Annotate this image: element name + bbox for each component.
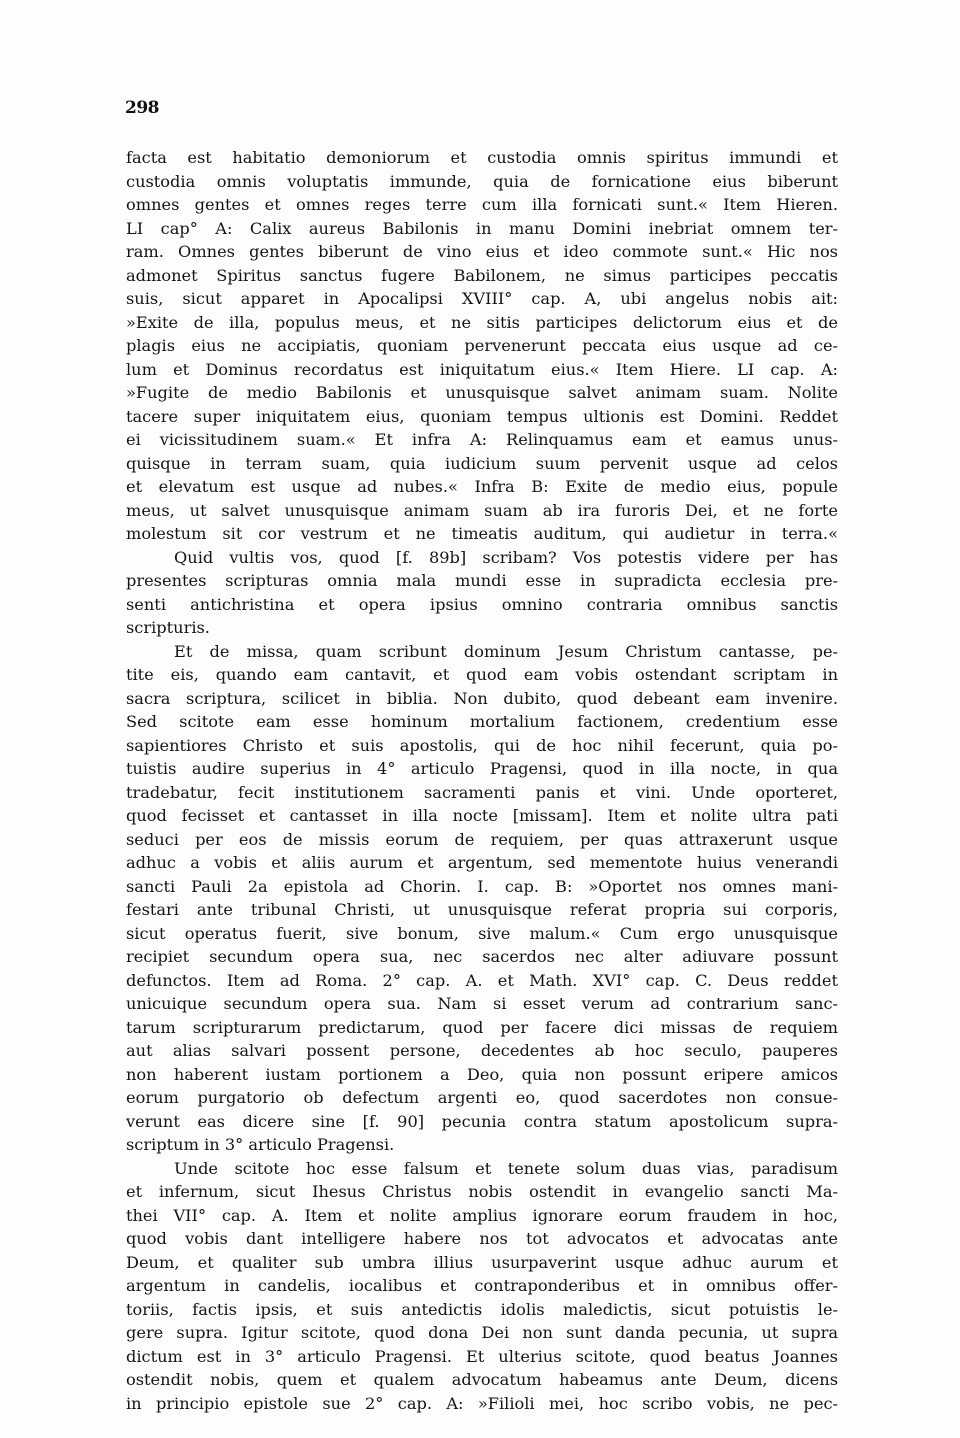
- text-line: unicuique secundum opera sua. Nam si ess…: [126, 992, 838, 1016]
- text-line: ram. Omnes gentes biberunt de vino eius …: [126, 240, 838, 264]
- text-line: non haberent iustam portionem a Deo, qui…: [126, 1063, 838, 1087]
- text-line: ei vicissitudinem suam.« Et infra A: Rel…: [126, 428, 838, 452]
- text-line: plagis eius ne accipiatis, quoniam perve…: [126, 334, 838, 358]
- text-line: facta est habitatio demoniorum et custod…: [126, 146, 838, 170]
- text-line: seduci per eos de missis eorum de requie…: [126, 828, 838, 852]
- document-page: 298 facta est habitatio demoniorum et cu…: [0, 0, 960, 1438]
- text-line: sapientiores Christo et suis apostolis, …: [126, 734, 838, 758]
- page-number: 298: [125, 98, 159, 118]
- text-line: senti antichristina et opera ipsius omni…: [126, 593, 838, 617]
- text-line: dictum est in 3° articulo Pragensi. Et u…: [126, 1345, 838, 1369]
- text-line: verunt eas dicere sine [f. 90] pecunia c…: [126, 1110, 838, 1134]
- text-line: Sed scitote eam esse hominum mortalium f…: [126, 710, 838, 734]
- text-line: LI cap° A: Calix aureus Babilonis in man…: [126, 217, 838, 241]
- body-text: facta est habitatio demoniorum et custod…: [126, 146, 838, 1415]
- text-line: quod vobis dant intelligere habere nos t…: [126, 1227, 838, 1251]
- text-line: quod fecisset et cantasset in illa nocte…: [126, 804, 838, 828]
- text-line: tradebatur, fecit institutionem sacramen…: [126, 781, 838, 805]
- text-line: quisque in terram suam, quia iudicium su…: [126, 452, 838, 476]
- text-line: aut alias salvari possent persone, deced…: [126, 1039, 838, 1063]
- text-line: meus, ut salvet unusquisque animam suam …: [126, 499, 838, 523]
- text-line: festari ante tribunal Christi, ut unusqu…: [126, 898, 838, 922]
- text-line: adhuc a vobis et aliis aurum et argentum…: [126, 851, 838, 875]
- text-line: thei VII° cap. A. Item et nolite amplius…: [126, 1204, 838, 1228]
- text-line: recipiet secundum opera sua, nec sacerdo…: [126, 945, 838, 969]
- text-line: et infernum, sicut Ihesus Christus nobis…: [126, 1180, 838, 1204]
- text-line: ostendit nobis, quem et qualem advocatum…: [126, 1368, 838, 1392]
- paragraph-first-line: Quid vultis vos, quod [f. 89b] scribam? …: [126, 546, 838, 570]
- text-line: suis, sicut apparet in Apocalipsi XVIII°…: [126, 287, 838, 311]
- text-line: lum et Dominus recordatus est iniquitatu…: [126, 358, 838, 382]
- paragraph-first-line: Et de missa, quam scribunt dominum Jesum…: [126, 640, 838, 664]
- text-line: et elevatum est usque ad nubes.« Infra B…: [126, 475, 838, 499]
- text-line: »Fugite de medio Babilonis et unusquisqu…: [126, 381, 838, 405]
- text-line: tacere super iniquitatem eius, quoniam t…: [126, 405, 838, 429]
- text-line: sacra scriptura, scilicet in biblia. Non…: [126, 687, 838, 711]
- text-line: molestum sit cor vestrum et ne timeatis …: [126, 522, 838, 546]
- text-line: in principio epistole sue 2° cap. A: »Fi…: [126, 1392, 838, 1416]
- text-line: sicut operatus fuerit, sive bonum, sive …: [126, 922, 838, 946]
- text-line: presentes scripturas omnia mala mundi es…: [126, 569, 838, 593]
- text-line: scripturis.: [126, 616, 838, 640]
- text-line: »Exite de illa, populus meus, et ne siti…: [126, 311, 838, 335]
- text-line: tuistis audire superius in 4° articulo P…: [126, 757, 838, 781]
- text-line: defunctos. Item ad Roma. 2° cap. A. et M…: [126, 969, 838, 993]
- text-line: scriptum in 3° articulo Pragensi.: [126, 1133, 838, 1157]
- text-line: tarum scripturarum predictarum, quod per…: [126, 1016, 838, 1040]
- text-line: argentum in candelis, iocalibus et contr…: [126, 1274, 838, 1298]
- text-line: custodia omnis voluptatis immunde, quia …: [126, 170, 838, 194]
- text-line: Deum, et qualiter sub umbra illius usurp…: [126, 1251, 838, 1275]
- text-line: eorum purgatorio ob defectum argenti eo,…: [126, 1086, 838, 1110]
- text-line: gere supra. Igitur scitote, quod dona De…: [126, 1321, 838, 1345]
- text-line: sancti Pauli 2a epistola ad Chorin. I. c…: [126, 875, 838, 899]
- text-line: toriis, factis ipsis, et suis antedictis…: [126, 1298, 838, 1322]
- text-line: tite eis, quando eam cantavit, et quod e…: [126, 663, 838, 687]
- paragraph-first-line: Unde scitote hoc esse falsum et tenete s…: [126, 1157, 838, 1181]
- text-line: omnes gentes et omnes reges terre cum il…: [126, 193, 838, 217]
- text-line: admonet Spiritus sanctus fugere Babilone…: [126, 264, 838, 288]
